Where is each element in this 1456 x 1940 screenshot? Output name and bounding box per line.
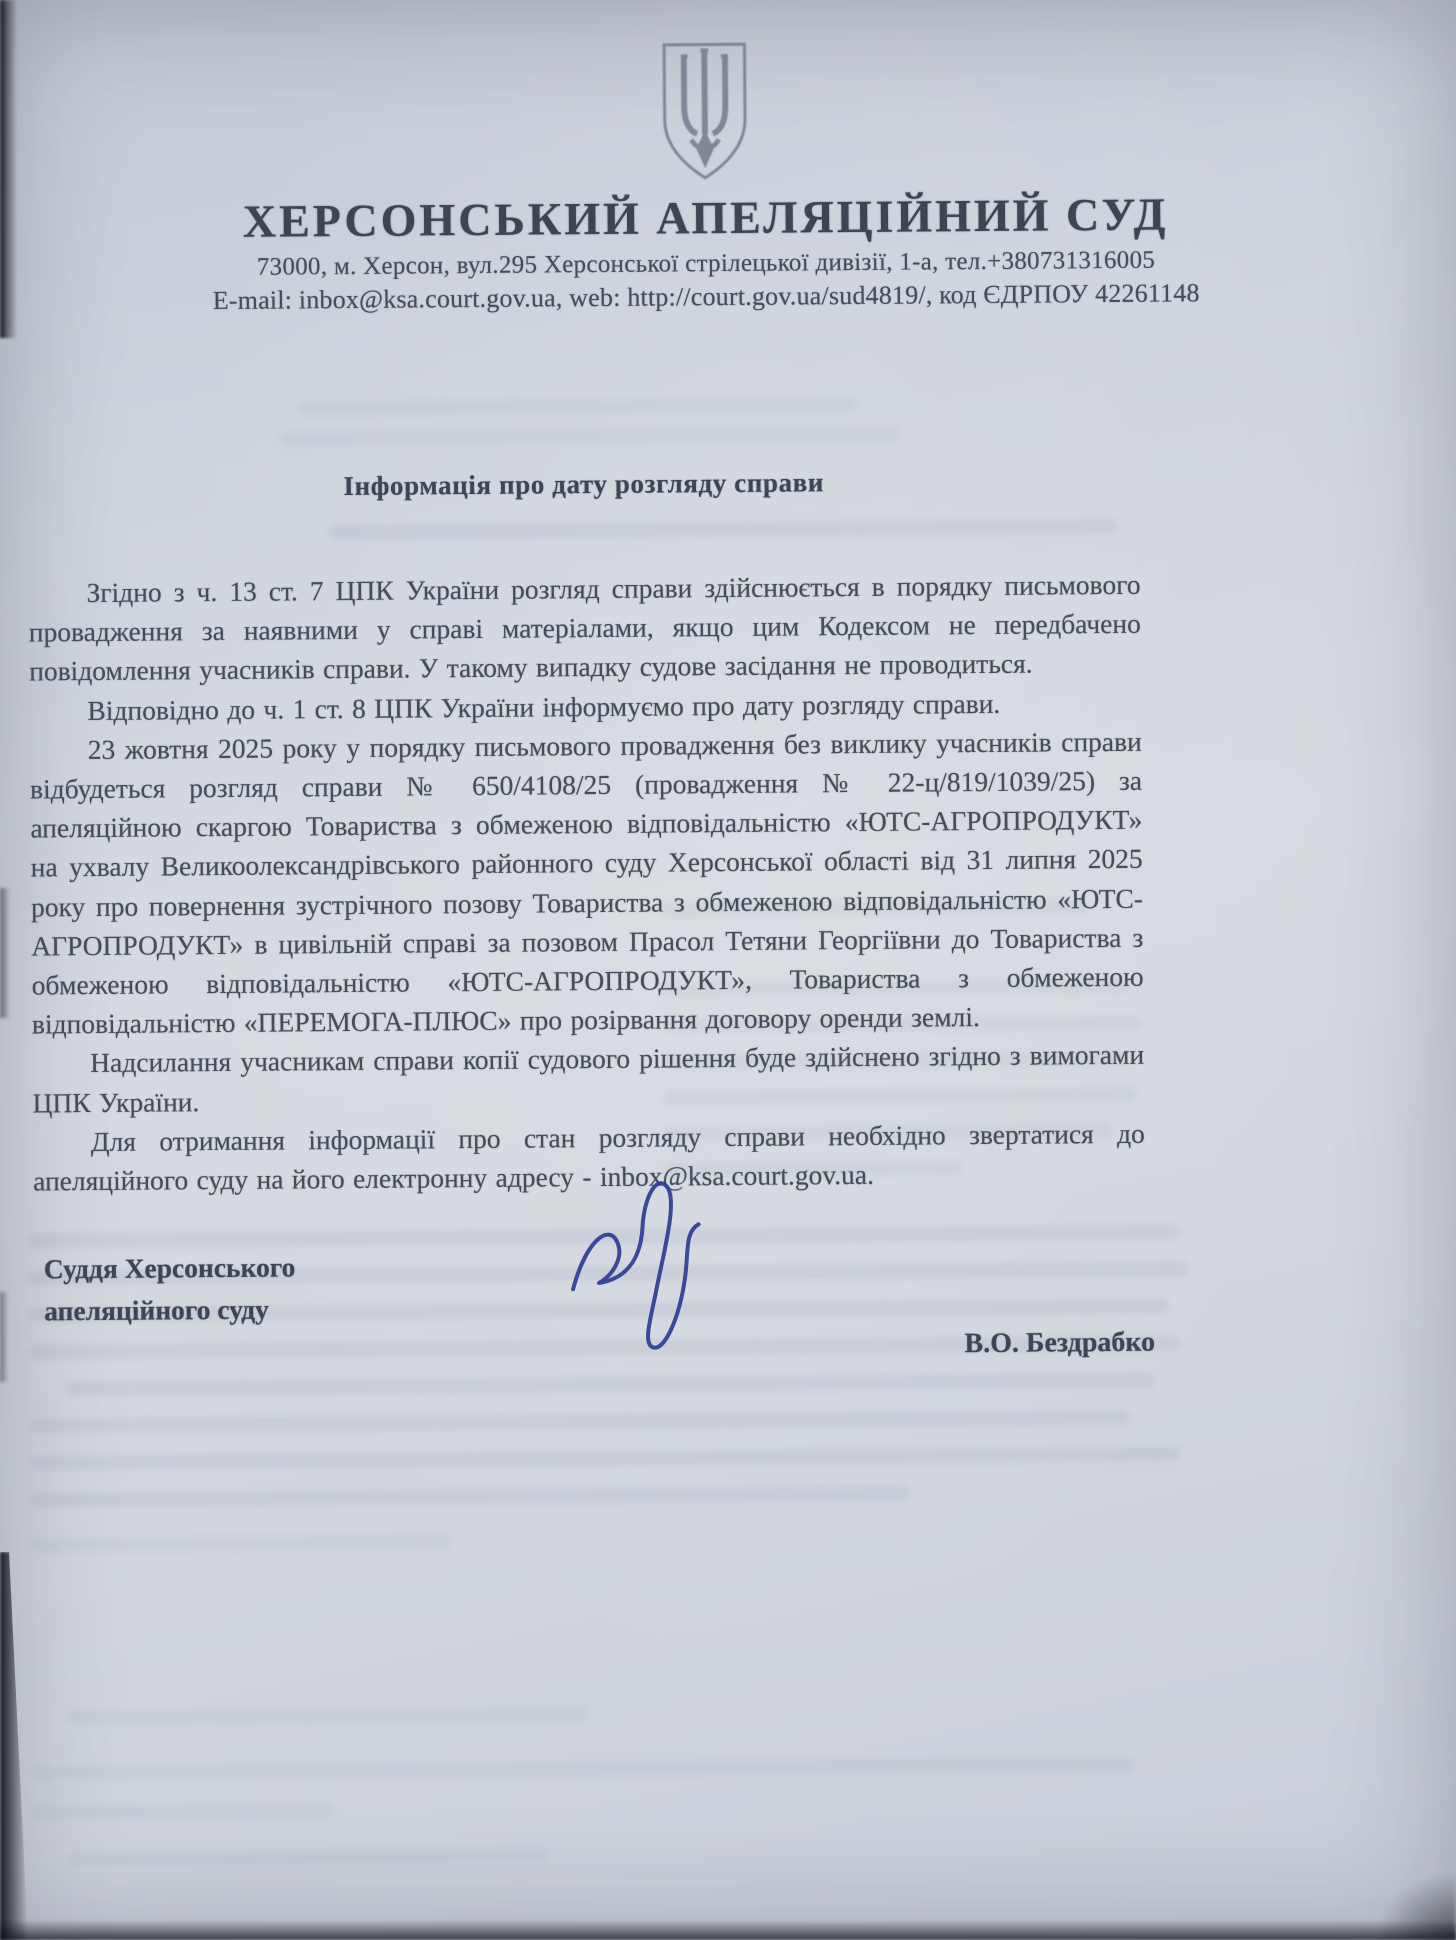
handwritten-signature-icon (548, 1168, 729, 1359)
document-title: Інформація про дату розгляду справи (28, 465, 1140, 505)
bleedthrough-line (68, 1847, 548, 1866)
bleedthrough-line (297, 397, 857, 416)
signer-title-line2: апеляційного суду (44, 1287, 504, 1333)
body-paragraph: Надсилання учасникам справи копії судово… (32, 1035, 1145, 1122)
bleedthrough-line (67, 1707, 587, 1726)
bleedthrough-line (30, 1446, 1180, 1470)
bleedthrough-line (33, 1757, 1133, 1781)
bleedthrough-line (328, 519, 1118, 540)
coat-of-arms-icon (655, 40, 754, 185)
letterhead: ХЕРСОНСЬКИЙ АПЕЛЯЦІЙНИЙ СУД 73000, м. Хе… (69, 35, 1341, 317)
body-paragraph: 23 жовтня 2025 року у порядку письмового… (30, 722, 1144, 1044)
bleedthrough-line (279, 427, 899, 447)
bleedthrough-line (30, 1410, 1130, 1434)
bleedthrough-line (65, 1373, 1155, 1397)
court-name: ХЕРСОНСЬКИЙ АПЕЛЯЦІЙНИЙ СУД (70, 186, 1340, 249)
signer-name: В.О. Бездрабко (964, 1326, 1264, 1360)
document-body: Згідно з ч. 13 ст. 7 ЦПК України розгляд… (28, 565, 1145, 1201)
signer-title: Суддя Херсонського апеляційного суду (44, 1245, 505, 1333)
signer-title-line1: Суддя Херсонського (44, 1245, 504, 1291)
court-address-line: 73000, м. Херсон, вул.295 Херсонської ст… (71, 245, 1341, 283)
scanned-court-letter: ХЕРСОНСЬКИЙ АПЕЛЯЦІЙНИЙ СУД 73000, м. Хе… (0, 0, 1456, 1940)
court-contact-line: E-mail: inbox@ksa.court.gov.ua, web: htt… (71, 277, 1341, 317)
bleedthrough-line (33, 1803, 333, 1820)
bleedthrough-line (31, 1486, 911, 1508)
body-paragraph: Згідно з ч. 13 ст. 7 ЦПК України розгляд… (28, 565, 1141, 691)
bleedthrough-line (31, 1534, 451, 1552)
